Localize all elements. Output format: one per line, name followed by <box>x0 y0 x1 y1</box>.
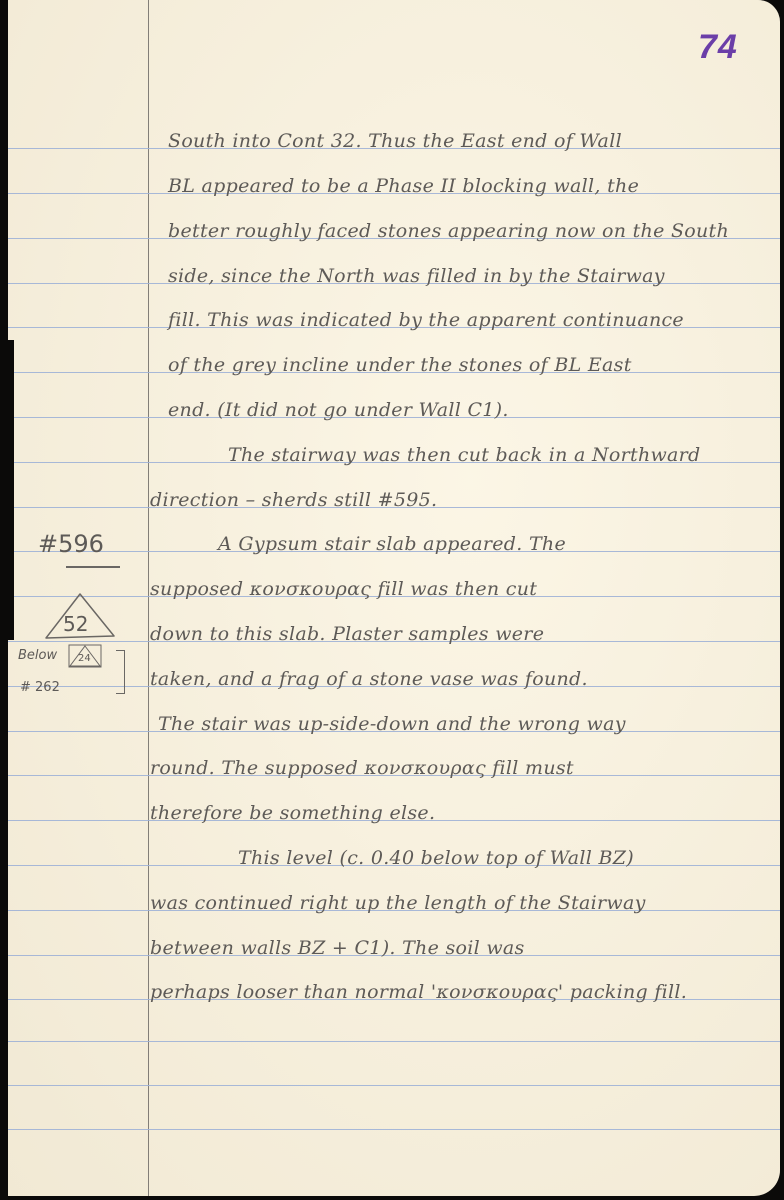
find-number-underline <box>66 566 120 568</box>
ruled-line <box>8 1041 780 1042</box>
reference-number: # 262 <box>20 680 60 695</box>
text-line: fill. This was indicated by the apparent… <box>168 309 684 331</box>
text-line: therefore be something else. <box>150 802 435 824</box>
ruled-line <box>8 1129 780 1130</box>
text-line: A Gypsum stair slab appeared. The <box>218 533 566 555</box>
notebook-page: 74 South into Cont 32. Thus the East end… <box>8 0 780 1196</box>
text-line: perhaps looser than normal 'κονσκουρας' … <box>150 981 687 1003</box>
page-number: 74 <box>698 28 738 67</box>
margin-line <box>148 0 149 1196</box>
text-line: taken, and a frag of a stone vase was fo… <box>150 668 588 690</box>
text-line: better roughly faced stones appearing no… <box>168 220 729 242</box>
find-number: #596 <box>38 530 104 558</box>
text-line: end. (It did not go under Wall C1). <box>168 399 509 421</box>
text-line: side, since the North was filled in by t… <box>168 265 665 287</box>
text-line: This level (c. 0.40 below top of Wall BZ… <box>238 847 634 869</box>
triangle-number: 52 <box>63 612 88 636</box>
text-line: supposed κονσκουρας fill was then cut <box>150 578 537 600</box>
text-line: down to this slab. Plaster samples were <box>150 623 544 645</box>
text-line: of the grey incline under the stones of … <box>168 354 632 376</box>
bracket <box>116 650 125 694</box>
text-line: was continued right up the length of the… <box>150 892 646 914</box>
text-line: direction – sherds still #595. <box>150 489 437 511</box>
below-label: Below <box>18 648 57 663</box>
ruled-line <box>8 1085 780 1086</box>
text-line: between walls BZ + C1). The soil was <box>150 937 525 959</box>
text-line: South into Cont 32. Thus the East end of… <box>168 130 622 152</box>
text-line: The stairway was then cut back in a Nort… <box>228 444 701 466</box>
text-line: round. The supposed κονσκουρας fill must <box>150 757 574 779</box>
torn-edge <box>8 340 14 640</box>
text-line: The stair was up-side-down and the wrong… <box>158 713 626 735</box>
text-line: BL appeared to be a Phase II blocking wa… <box>168 175 639 197</box>
small-triangle-number: 24 <box>78 653 91 664</box>
